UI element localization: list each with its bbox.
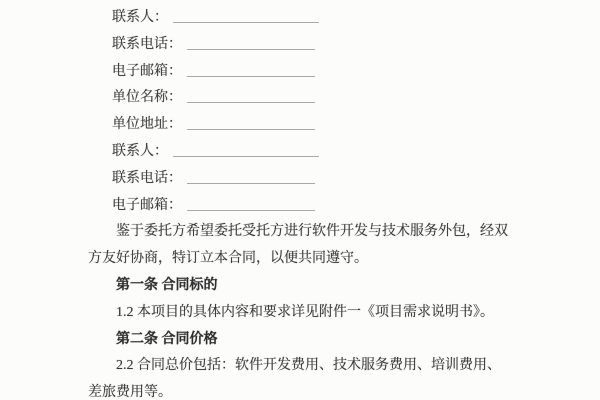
field-label-contact-person-1: 联系人：: [112, 5, 168, 32]
article-1-heading: 第一条 合同标的: [88, 273, 512, 300]
form-row-contact-phone-2: 联系电话：: [88, 166, 512, 193]
field-label-company-name: 单位名称：: [112, 85, 182, 112]
article-2-heading: 第二条 合同价格: [88, 327, 512, 354]
field-label-contact-phone-1: 联系电话：: [112, 32, 182, 59]
form-row-company-address: 单位地址：: [88, 112, 512, 139]
fill-in-line-company-address: [187, 128, 315, 130]
field-label-company-address: 单位地址：: [112, 112, 182, 139]
contract-document-page: 联系人： 联系电话： 电子邮箱： 单位名称： 单位地址： 联系人： 联系电话： …: [0, 0, 600, 400]
fill-in-line-contact-person-2: [173, 155, 319, 157]
fill-in-line-contact-phone-2: [187, 182, 315, 184]
fill-in-line-contact-person-1: [173, 21, 319, 23]
form-row-contact-person-1: 联系人：: [88, 5, 512, 32]
fill-in-line-email-2: [187, 209, 315, 211]
form-row-contact-person-2: 联系人：: [88, 139, 512, 166]
form-row-email-1: 电子邮箱：: [88, 59, 512, 86]
field-label-contact-person-2: 联系人：: [112, 139, 168, 166]
article-1-clause-1-2: 1.2 本项目的具体内容和要求详见附件一《项目需求说明书》。: [88, 300, 512, 327]
field-label-contact-phone-2: 联系电话：: [112, 166, 182, 193]
field-label-email-1: 电子邮箱：: [112, 59, 182, 86]
form-row-company-name: 单位名称：: [88, 85, 512, 112]
fill-in-line-email-1: [187, 75, 315, 77]
contract-preamble: 鉴于委托方希望委托受托方进行软件开发与技术服务外包，经双方友好协商，特订立本合同…: [88, 219, 512, 273]
form-row-email-2: 电子邮箱：: [88, 193, 512, 220]
fill-in-line-company-name: [187, 101, 315, 103]
form-row-contact-phone-1: 联系电话：: [88, 32, 512, 59]
fill-in-line-contact-phone-1: [187, 48, 315, 50]
article-2-clause-2-2: 2.2 合同总价包括：软件开发费用、技术服务费用、培训费用、差旅费用等。: [88, 353, 512, 400]
field-label-email-2: 电子邮箱：: [112, 193, 182, 220]
